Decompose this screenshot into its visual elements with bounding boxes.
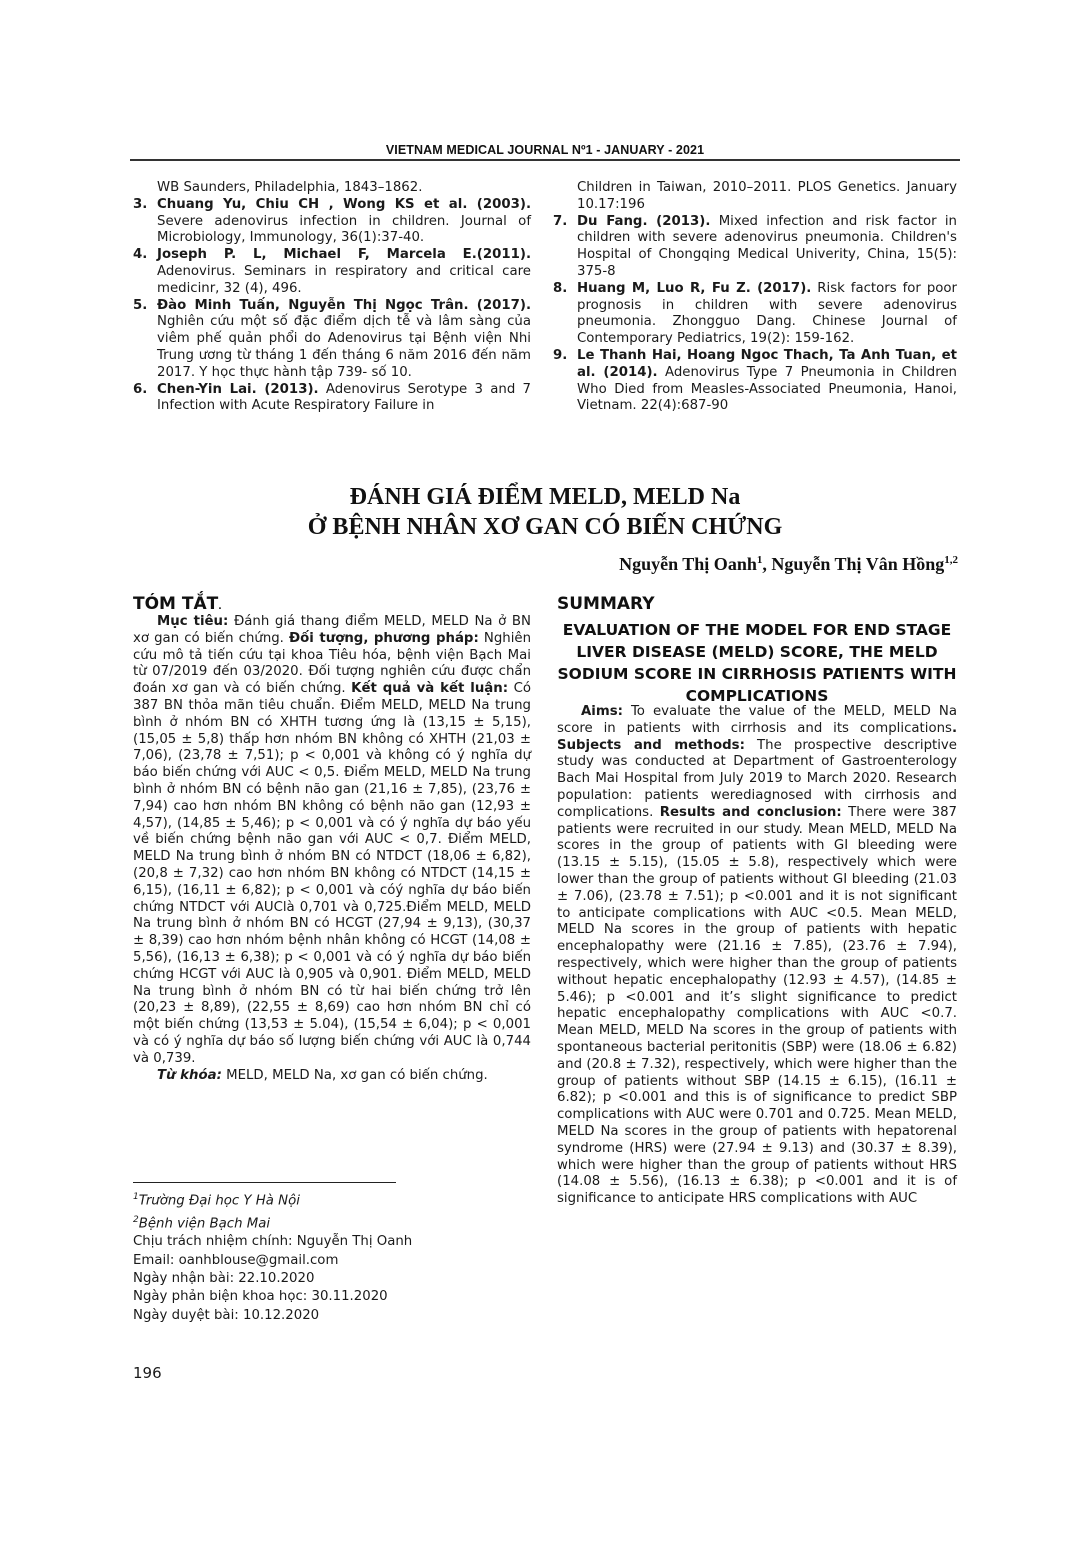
abstract-vi-body: Mục tiêu: Đánh giá thang điểm MELD, MELD… (133, 614, 531, 1084)
reference-number: 6. (133, 382, 147, 399)
reference-item: 6.Chen-Yin Lai. (2013). Adenovirus Serot… (133, 382, 531, 416)
summary-paragraph: Aims: To evaluate the value of the MELD,… (557, 704, 957, 1208)
aims-dot: . (952, 721, 957, 736)
reference-authors: Đào Minh Tuấn, Nguyễn Thị Ngọc Trân. (20… (157, 298, 531, 313)
reference-authors: Du Fang. (2013). (577, 214, 710, 229)
reference-item: 8.Huang M, Luo R, Fu Z. (2017). Risk fac… (553, 281, 957, 348)
summary-heading: SUMMARY (557, 594, 655, 614)
results-label: Kết quả và kết luận: (351, 681, 508, 696)
reference-number: 8. (553, 281, 567, 298)
reference-text: Severe adenovirus infection in children.… (157, 214, 531, 246)
abstract-vi-heading: TÓM TẮT. (133, 594, 222, 614)
keywords-label: Từ khóa: (157, 1068, 222, 1083)
corresponding-author: Chịu trách nhiệm chính: Nguyễn Thị Oanh (133, 1233, 531, 1251)
keywords: Từ khóa: MELD, MELD Na, xơ gan có biến c… (133, 1068, 531, 1085)
date-reviewed: Ngày phản biện khoa học: 30.11.2020 (133, 1288, 531, 1306)
date-received: Ngày nhận bài: 22.10.2020 (133, 1270, 531, 1288)
author-affiliation-mark: 1,2 (944, 554, 958, 566)
author-list: Nguyễn Thị Oanh1, Nguyễn Thị Vân Hồng1,2 (619, 554, 958, 575)
reference-text: Nghiên cứu một số đặc điểm dịch tễ và lâ… (157, 314, 531, 379)
article-title-line-1: ĐÁNH GIÁ ĐIỂM MELD, MELD Na (130, 482, 960, 512)
reference-item: 9.Le Thanh Hai, Hoang Ngoc Thach, Ta Anh… (553, 348, 957, 415)
reference-authors: Joseph P. L, Michael F, Marcela E.(2011)… (157, 247, 531, 262)
header-rule (130, 159, 960, 161)
reference-item: 5.Đào Minh Tuấn, Nguyễn Thị Ngọc Trân. (… (133, 298, 531, 382)
reference-number: 9. (553, 348, 567, 365)
methods-label: Đối tượng, phương pháp: (289, 631, 479, 646)
affiliation-text: Bệnh viện Bạch Mai (139, 1216, 270, 1231)
summary-body: Aims: To evaluate the value of the MELD,… (557, 704, 957, 1208)
results-label: Results and conclusion: (660, 805, 842, 820)
summary-title: EVALUATION OF THE MODEL FOR END STAGE LI… (557, 619, 957, 707)
aims-label: Aims: (581, 704, 623, 719)
reference-number: 5. (133, 298, 147, 315)
article-title: ĐÁNH GIÁ ĐIỂM MELD, MELD Na Ở BỆNH NHÂN … (130, 482, 960, 542)
abstract-vi-heading-text: TÓM TẮT (133, 594, 218, 614)
results-text: Có 387 BN thỏa mãn tiêu chuẩn. Điểm MELD… (133, 681, 531, 1066)
references-left-column: WB Saunders, Philadelphia, 1843–1862. 3.… (133, 180, 531, 415)
page-number: 196 (133, 1364, 162, 1382)
reference-item: 4.Joseph P. L, Michael F, Marcela E.(201… (133, 247, 531, 297)
references-right-column: Children in Taiwan, 2010–2011. PLOS Gene… (553, 180, 957, 415)
aim-label: Mục tiêu: (157, 614, 228, 629)
reference-authors: Huang M, Luo R, Fu Z. (2017). (577, 281, 811, 296)
reference-number: 4. (133, 247, 147, 264)
author-name: Nguyễn Thị Oanh (619, 554, 757, 574)
affiliation-2: 2Bệnh viện Bạch Mai (133, 1211, 531, 1234)
author-separator: , (762, 554, 771, 574)
abstract-vi-paragraph: Mục tiêu: Đánh giá thang điểm MELD, MELD… (133, 614, 531, 1068)
footnote-rule (133, 1182, 396, 1183)
footnotes: 1Trường Đại học Y Hà Nội 2Bệnh viện Bạch… (133, 1188, 531, 1325)
running-head: VIETNAM MEDICAL JOURNAL Nº1 - JANUARY - … (130, 143, 960, 157)
affiliation-1: 1Trường Đại học Y Hà Nội (133, 1188, 531, 1211)
reference-item: 3.Chuang Yu, Chiu CH , Wong KS et al. (2… (133, 197, 531, 247)
reference-authors: Chen-Yin Lai. (2013). (157, 382, 319, 397)
email: Email: oanhblouse@gmail.com (133, 1252, 531, 1270)
date-accepted: Ngày duyệt bài: 10.12.2020 (133, 1307, 531, 1325)
results-text: There were 387 patients were recruited i… (557, 805, 957, 1206)
reference-authors: Chuang Yu, Chiu CH , Wong KS et al. (200… (157, 197, 531, 212)
reference-text: Adenovirus. Seminars in respiratory and … (157, 264, 531, 296)
reference-item: 7.Du Fang. (2013). Mixed infection and r… (553, 214, 957, 281)
reference-number: 7. (553, 214, 567, 231)
methods-label: Subjects and methods: (557, 738, 745, 753)
reference-text: WB Saunders, Philadelphia, 1843–1862. (157, 180, 422, 195)
affiliation-text: Trường Đại học Y Hà Nội (139, 1193, 300, 1208)
author-name: Nguyễn Thị Vân Hồng (771, 554, 944, 574)
heading-dot: . (218, 602, 221, 612)
reference-item: Children in Taiwan, 2010–2011. PLOS Gene… (553, 180, 957, 214)
keywords-text: MELD, MELD Na, xơ gan có biến chứng. (222, 1068, 488, 1083)
reference-number: 3. (133, 197, 147, 214)
reference-text: Children in Taiwan, 2010–2011. PLOS Gene… (577, 180, 957, 212)
reference-item: WB Saunders, Philadelphia, 1843–1862. (133, 180, 531, 197)
article-title-line-2: Ở BỆNH NHÂN XƠ GAN CÓ BIẾN CHỨNG (130, 512, 960, 542)
